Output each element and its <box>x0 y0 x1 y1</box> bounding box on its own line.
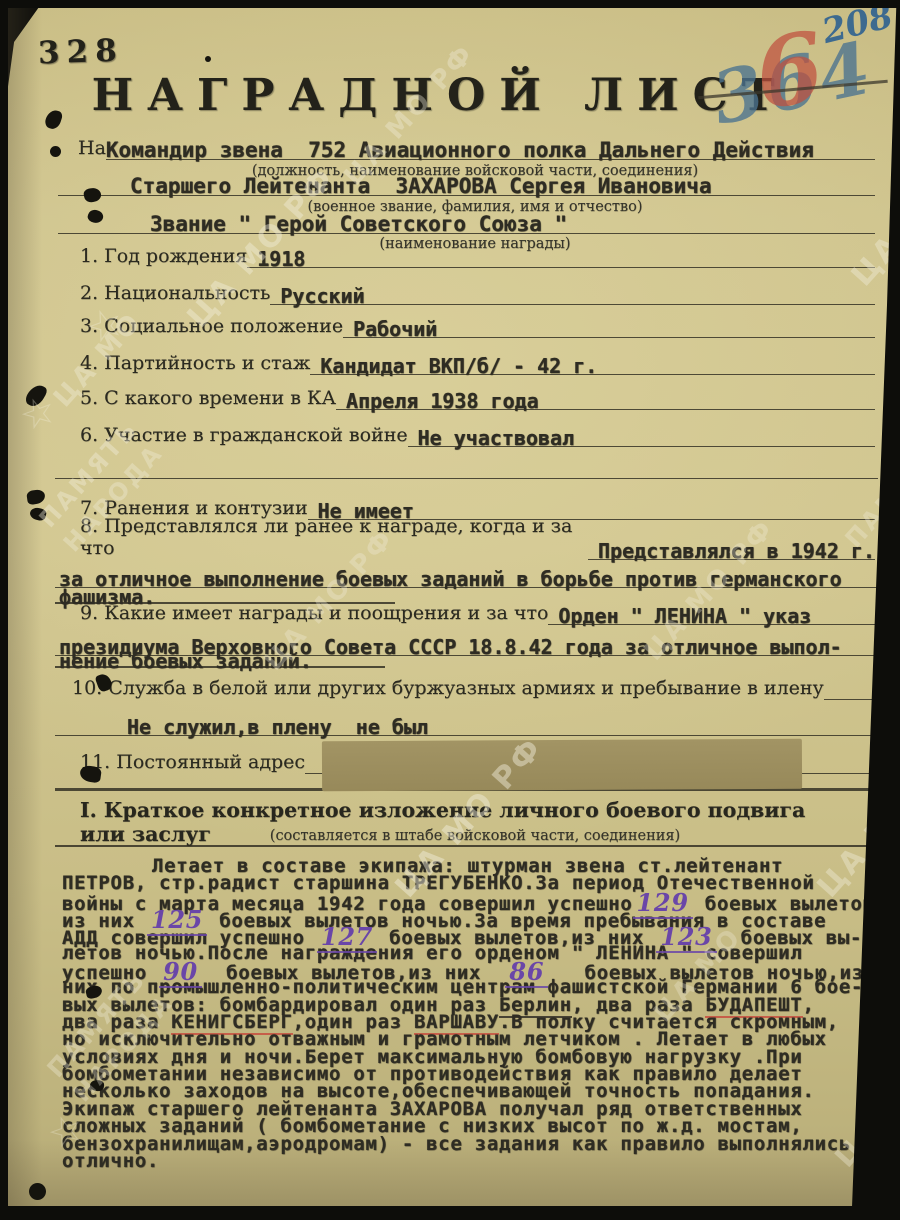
item-label: 6. Участие в гражданской войне <box>80 425 408 447</box>
crossed-number-red-digit: 6 <box>748 10 830 131</box>
field-prior-nominations: 8. Представлялся ли ранее к награде, ког… <box>80 532 875 560</box>
ink-blot <box>50 146 61 157</box>
item-label: 11. Постоянный адрес <box>80 752 305 774</box>
item-label: 3. Социальное положение <box>80 316 343 338</box>
ink-blot <box>79 765 102 784</box>
typed-text: бензохранилищам,аэродромам) - все задани… <box>62 1133 851 1155</box>
item-value: Не участвовал <box>408 428 575 448</box>
field-red-army-since: 5. С какого времени в КА Апреля 1938 год… <box>80 382 875 410</box>
handwritten-number: 90 <box>159 957 202 988</box>
archive-page-number-stamp: 328 <box>37 33 124 72</box>
item-value: Апреля 1938 года <box>336 391 539 411</box>
body-line: ПЕТРОВ, стр.радист старшина ТРЕГУБЕНКО.З… <box>62 875 884 892</box>
field-social-status: 3. Социальное положение Рабочий <box>80 310 875 338</box>
field-existing-awards: 9. Какие имеет награды и поощрения и за … <box>80 597 875 625</box>
typed-text: ПЕТРОВ, стр.радист старшина ТРЕГУБЕНКО.З… <box>62 872 815 894</box>
hole-punch <box>29 1183 46 1200</box>
na-label: На <box>78 138 106 160</box>
scan-edge-left <box>0 0 8 1220</box>
field-party-membership: 4. Партийность и стаж Кандидат ВКП/б/ - … <box>80 347 875 375</box>
prior-nominations-continuation: за отличное выполнение боевых заданий в … <box>55 560 877 588</box>
left-shadow <box>8 0 42 1220</box>
blank-rule <box>55 478 878 479</box>
item-label: 8. Представлялся ли ранее к награде, ког… <box>80 516 588 560</box>
item-value: Не служил,в плену не был <box>55 717 428 737</box>
item-value: Орден " ЛЕНИНА " указ <box>548 606 811 626</box>
ink-blot <box>205 56 211 62</box>
field-white-army-service: 10. Служба в белой или других буржуазных… <box>72 672 875 700</box>
handwritten-number: 129 <box>633 888 693 919</box>
item-label: 9. Какие имеет награды и поощрения и за … <box>80 603 548 625</box>
item-value: Кандидат ВКП/б/ - 42 г. <box>310 356 597 376</box>
item-label: 2. Национальность <box>80 283 270 305</box>
field-civil-war-participation: 6. Участие в гражданской войне Не участв… <box>80 419 875 447</box>
continuation-text: за отличное выполнение боевых заданий в … <box>55 569 842 589</box>
field-award-name: Звание " Герой Советского Союза " <box>58 204 875 234</box>
scanned-award-sheet-document: ЦА МО РФЦА МО РФЦА МОЦА МО☆ПАМЯТЬНАРОДА☆… <box>0 0 900 1220</box>
combat-merit-description: Летает в составе экипажа: штурман звена … <box>62 858 884 1170</box>
field-nationality: 2. Национальность Русский <box>80 277 875 305</box>
existing-awards-continuation-2: нение боевых заданий. <box>55 652 385 668</box>
item-label: 5. С какого времени в КА <box>80 388 336 410</box>
continuation-text: нение боевых заданий. <box>55 649 312 673</box>
item-value: Русский <box>270 286 364 306</box>
item-label: 10. Служба в белой или других буржуазных… <box>72 678 824 700</box>
rank-name-value: Старшего Лейтенанта ЗАХАРОВА Сергея Иван… <box>58 176 712 197</box>
handwritten-number: 125 <box>147 905 207 936</box>
body-line: бензохранилищам,аэродромам) - все задани… <box>62 1136 884 1153</box>
scan-edge-bottom <box>0 1206 900 1220</box>
handwritten-number: 86 <box>505 957 548 988</box>
position-unit-value: Командир звена 752 Авиационного полка Да… <box>106 140 814 161</box>
item-value: Представлялся в 1942 г. <box>588 541 875 561</box>
item-label: 1. Год рождения <box>80 246 247 268</box>
item-label: 4. Партийность и стаж <box>80 353 310 375</box>
white-army-service-answer: Не служил,в плену не был <box>55 706 877 736</box>
item-value: 1918 <box>247 249 305 269</box>
redacted-address-block <box>322 739 802 792</box>
item-value: Рабочий <box>343 319 437 339</box>
body-line: из них 125 боевых вылетов ночью.За время… <box>62 910 884 927</box>
scan-edge-top <box>0 0 900 8</box>
typed-text: отлично. <box>62 1150 159 1172</box>
handwritten-number: 123 <box>656 922 716 953</box>
field-birth-year: 1. Год рождения 1918 <box>80 240 875 268</box>
handwritten-number: 127 <box>317 922 377 953</box>
body-line: отлично. <box>62 1153 884 1170</box>
field-rank-name: Старшего Лейтенанта ЗАХАРОВА Сергея Иван… <box>58 166 875 196</box>
award-name-value: Звание " Герой Советского Союза " <box>58 214 567 235</box>
ink-blot <box>26 489 46 505</box>
section-caption: (составляется в штабе войсковой части, с… <box>80 828 870 844</box>
crossed-out-number: 364 6 <box>712 40 882 140</box>
